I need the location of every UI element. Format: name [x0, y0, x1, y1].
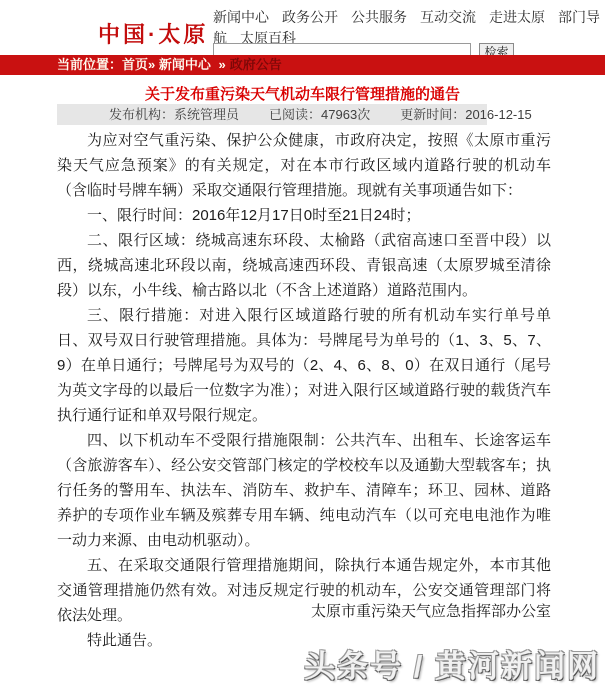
nav-item[interactable]: 互动交流: [420, 9, 476, 25]
breadcrumb-bar: 当前位置：首页» 新闻中心 »政府公告: [0, 55, 605, 75]
breadcrumb-location-label: 当前位置：: [57, 57, 122, 72]
site-logo[interactable]: 中国·太原: [98, 18, 208, 49]
site-header: 中国·太原 新闻中心政务公开公共服务互动交流走进太原部门导航太原百科 检索: [0, 0, 605, 55]
nav-item[interactable]: 公共服务: [351, 9, 407, 25]
article-body: 为应对空气重污染、保护公众健康，市政府决定，按照《太原市重污染天气应急预案》的有…: [57, 128, 551, 653]
breadcrumb-current: 政府公告: [230, 57, 282, 72]
meta-updated: 更新时间：2016-12-15: [400, 104, 532, 125]
article-paragraph: 三、限行措施：对进入限行区域道路行驶的所有机动车实行单号单日、双号双日行驶管理措…: [57, 303, 551, 428]
article-paragraph: 为应对空气重污染、保护公众健康，市政府决定，按照《太原市重污染天气应急预案》的有…: [57, 128, 551, 203]
breadcrumb-separator: »: [219, 57, 226, 72]
meta-publisher-label: 发布机构：: [109, 107, 174, 122]
meta-publisher-value: 系统管理员: [174, 107, 239, 122]
breadcrumb-section-link[interactable]: 新闻中心: [159, 57, 211, 72]
nav-item[interactable]: 政务公开: [282, 9, 338, 25]
breadcrumb: 当前位置：首页» 新闻中心 »政府公告: [0, 55, 605, 75]
article-paragraph: 四、以下机动车不受限行措施限制：公共汽车、出租车、长途客运车（含旅游客车）、经公…: [57, 428, 551, 553]
article-meta-bar: 发布机构：系统管理员 已阅读：47963次 更新时间：2016-12-15: [57, 104, 487, 125]
search-input[interactable]: [213, 43, 471, 55]
search-button[interactable]: 检索: [479, 43, 514, 55]
watermark-logo: 头条号 / 黄河新闻网: [304, 641, 600, 686]
nav-item[interactable]: 新闻中心: [213, 9, 269, 25]
page: 中国·太原 新闻中心政务公开公共服务互动交流走进太原部门导航太原百科 检索 当前…: [0, 0, 605, 689]
article-paragraph: 一、限行时间：2016年12月17日0时至21日24时；: [57, 203, 551, 228]
article-title: 关于发布重污染天气机动车限行管理措施的通告: [0, 83, 605, 104]
article-signature: 太原市重污染天气应急指挥部办公室: [57, 600, 551, 621]
meta-updated-value: 2016-12-15: [465, 107, 532, 122]
meta-reads-label: 已阅读：: [269, 107, 321, 122]
meta-updated-label: 更新时间：: [400, 107, 465, 122]
meta-reads: 已阅读：47963次: [269, 104, 370, 125]
breadcrumb-home-link[interactable]: 首页»: [122, 57, 155, 72]
meta-reads-value: 47963次: [321, 107, 370, 122]
nav-item[interactable]: 走进太原: [489, 9, 545, 25]
article-paragraph: 二、限行区域：绕城高速东环段、太榆路（武宿高速口至晋中段）以西，绕城高速北环段以…: [57, 228, 551, 303]
meta-publisher: 发布机构：系统管理员: [109, 104, 239, 125]
